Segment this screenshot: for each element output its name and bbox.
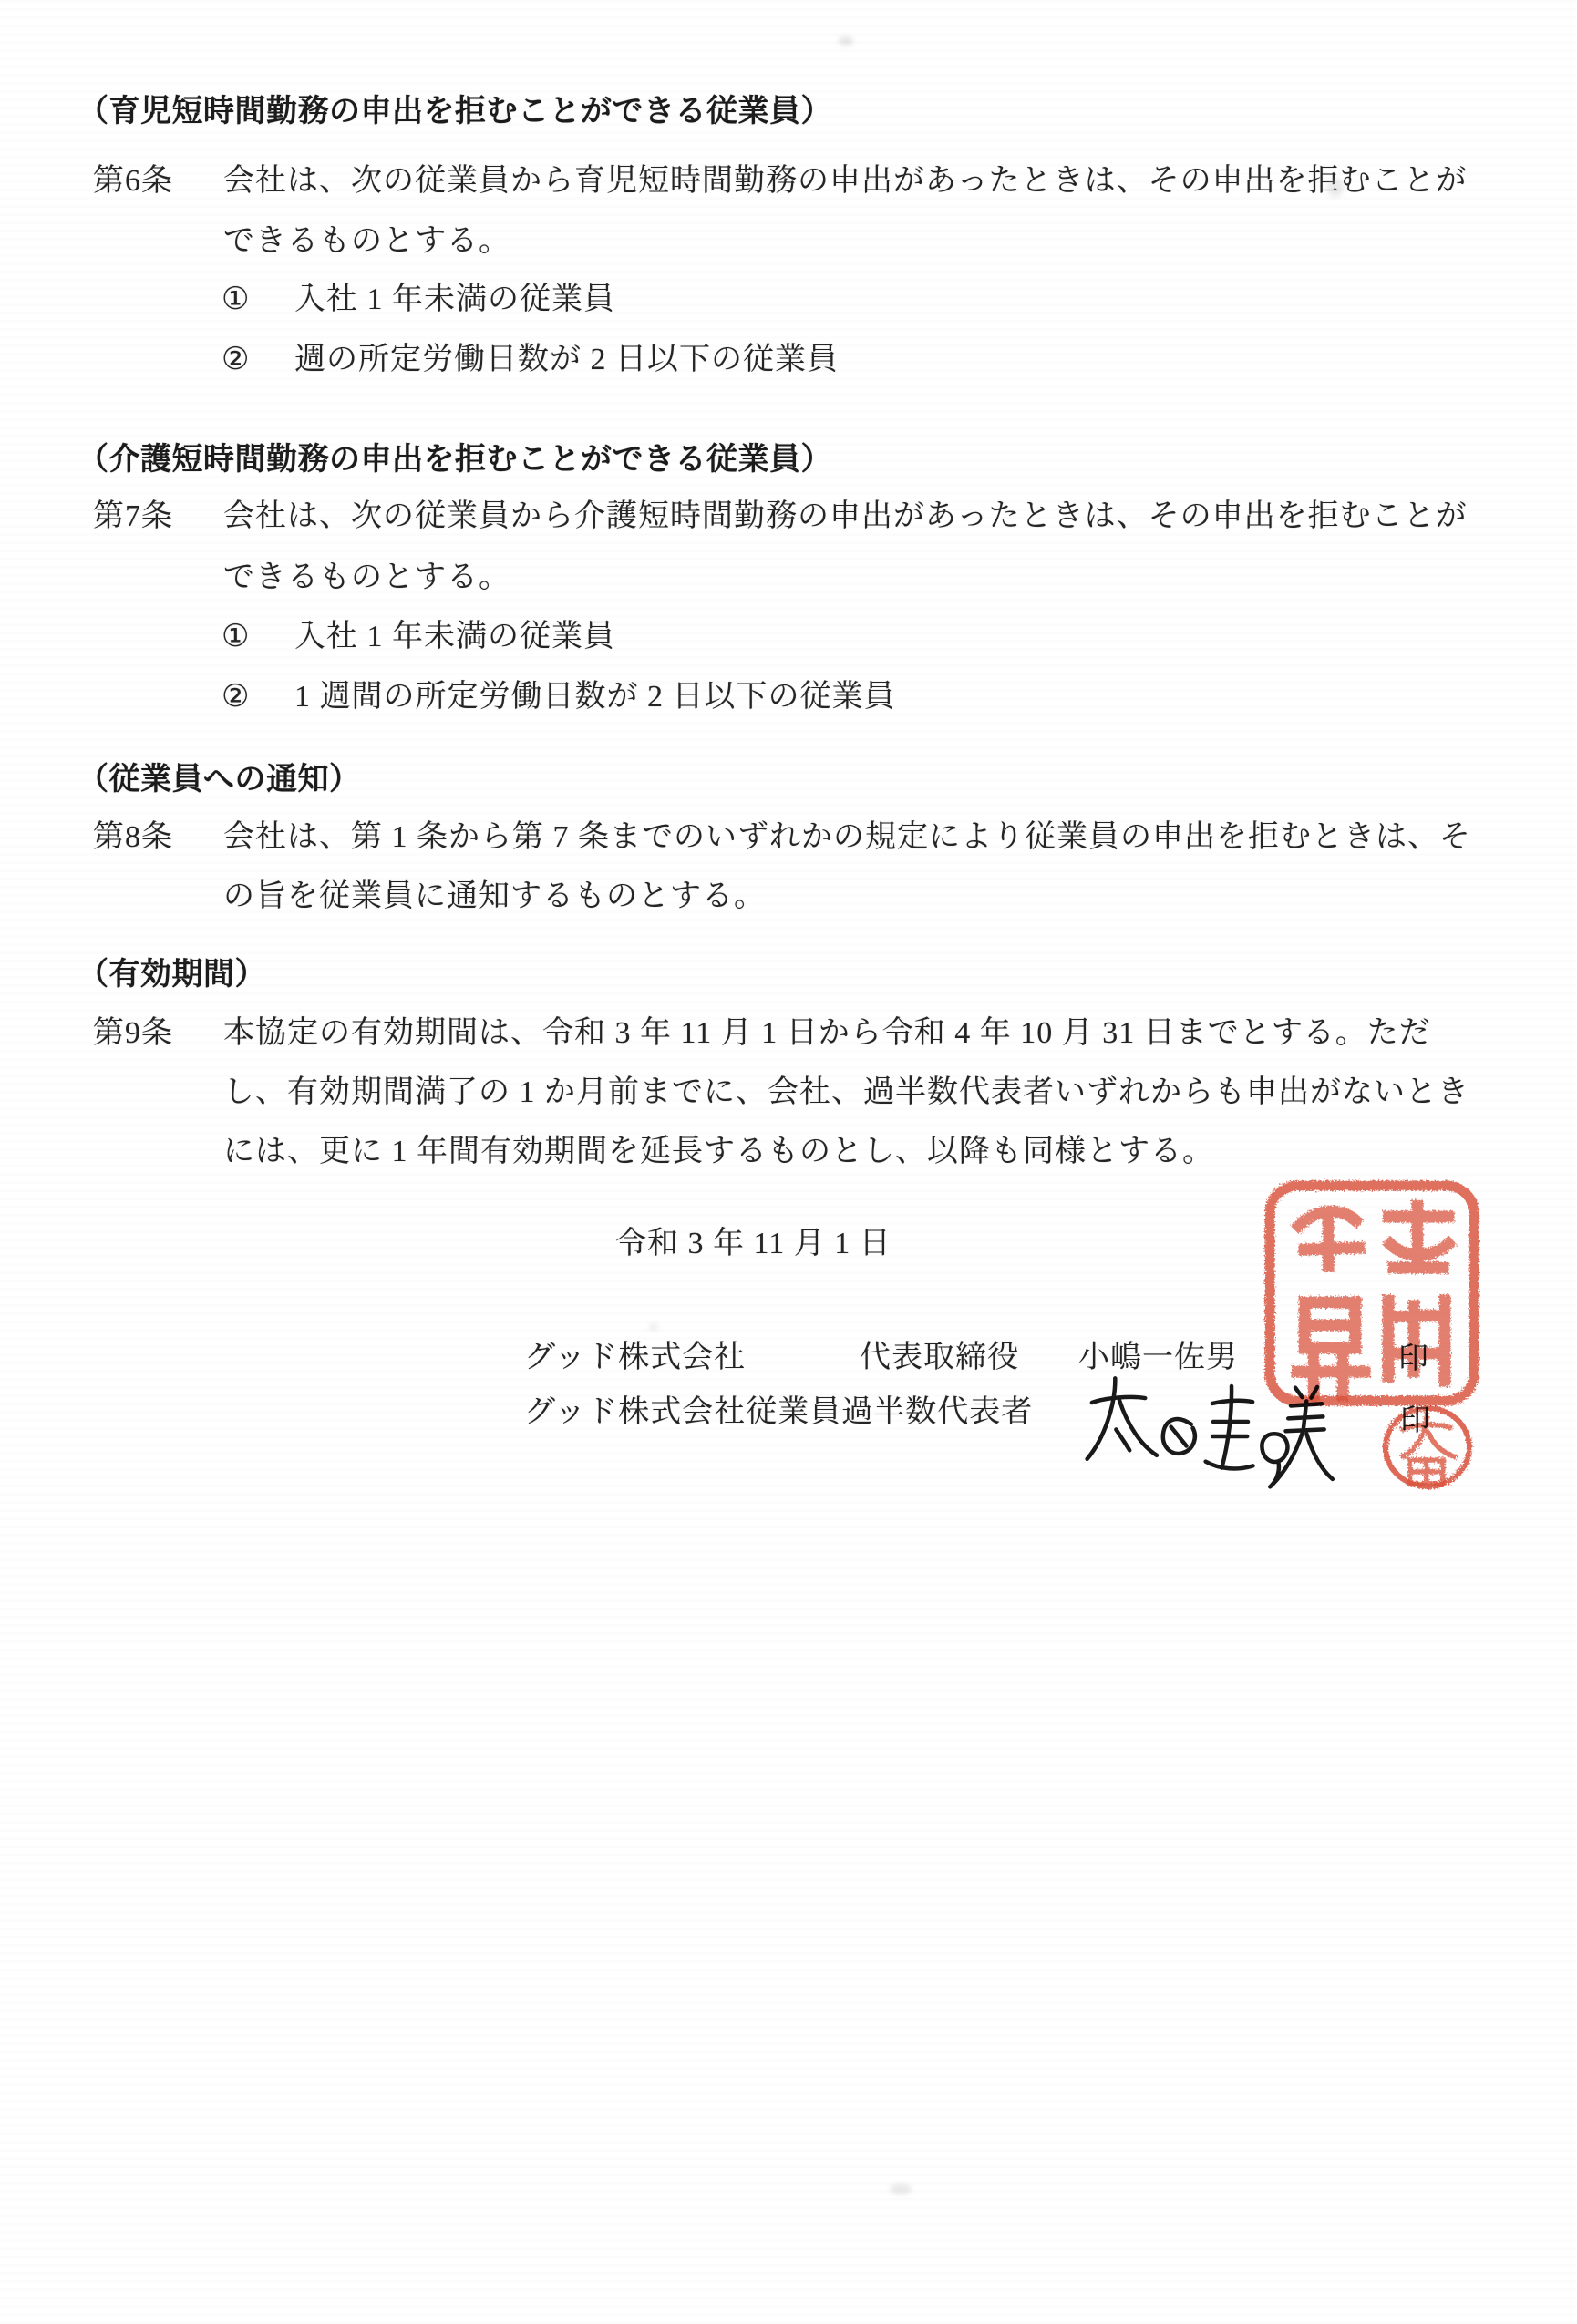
article-body-line: できるものとする。 [223,557,510,599]
article-body-line: できるものとする。 [223,221,510,262]
item-text: 入社 1 年未満の従業員 [294,279,615,321]
article-body-line: 本協定の有効期間は、令和 3 年 11 月 1 日から令和 4 年 10 月 3… [223,1013,1431,1054]
section-heading: （育児短時間勤務の申出を拒むことができる従業員） [77,90,832,132]
scan-artifact [839,36,853,46]
article-number: 第7条 [93,496,173,538]
article-number: 第6条 [93,160,173,202]
article-body-line: の旨を従業員に通知するものとする。 [223,876,766,918]
company-name: グッド株式会社 [524,1337,746,1379]
item-marker: ① [222,616,250,658]
scanned-document-page: （育児短時間勤務の申出を拒むことができる従業員） 第6条 会社は、次の従業員から… [0,0,1577,2324]
item-marker: ① [222,279,250,321]
item-marker: ② [222,676,250,718]
representative-title: 代表取締役 [860,1337,1019,1379]
article-number: 第8条 [93,817,173,859]
article-body-line: 会社は、次の従業員から育児短時間勤務の申出があったときは、その申出を拒むことが [223,160,1468,202]
personal-round-seal [1379,1402,1476,1493]
item-marker: ② [222,339,250,381]
scan-artifact [649,1323,658,1331]
article-body-line: し、有効期間満了の 1 か月前までに、会社、過半数代表者いずれからも申出がないと… [223,1072,1469,1114]
article-body-line: 会社は、第 1 条から第 7 条までのいずれかの規定により従業員の申出を拒むとき… [223,817,1471,859]
article-body-line: には、更に 1 年間有効期間を延長するものとし、以降も同様とする。 [223,1131,1214,1173]
item-text: 1 週間の所定労働日数が 2 日以下の従業員 [294,676,896,718]
article-number: 第9条 [93,1013,173,1054]
scan-artifact [890,2184,912,2195]
item-text: 週の所定労働日数が 2 日以下の従業員 [294,339,839,381]
section-heading: （従業員への通知） [77,758,361,800]
employee-representative-label: グッド株式会社従業員過半数代表者 [524,1392,1033,1434]
item-text: 入社 1 年未満の従業員 [294,616,615,658]
scan-artifact [1327,179,1344,197]
section-heading: （介護短時間勤務の申出を拒むことができる従業員） [77,438,832,480]
company-square-seal [1263,1178,1481,1408]
article-body-line: 会社は、次の従業員から介護短時間勤務の申出があったときは、その申出を拒むことが [223,496,1468,538]
agreement-date: 令和 3 年 11 月 1 日 [615,1223,892,1265]
section-heading: （有効期間） [77,953,266,995]
